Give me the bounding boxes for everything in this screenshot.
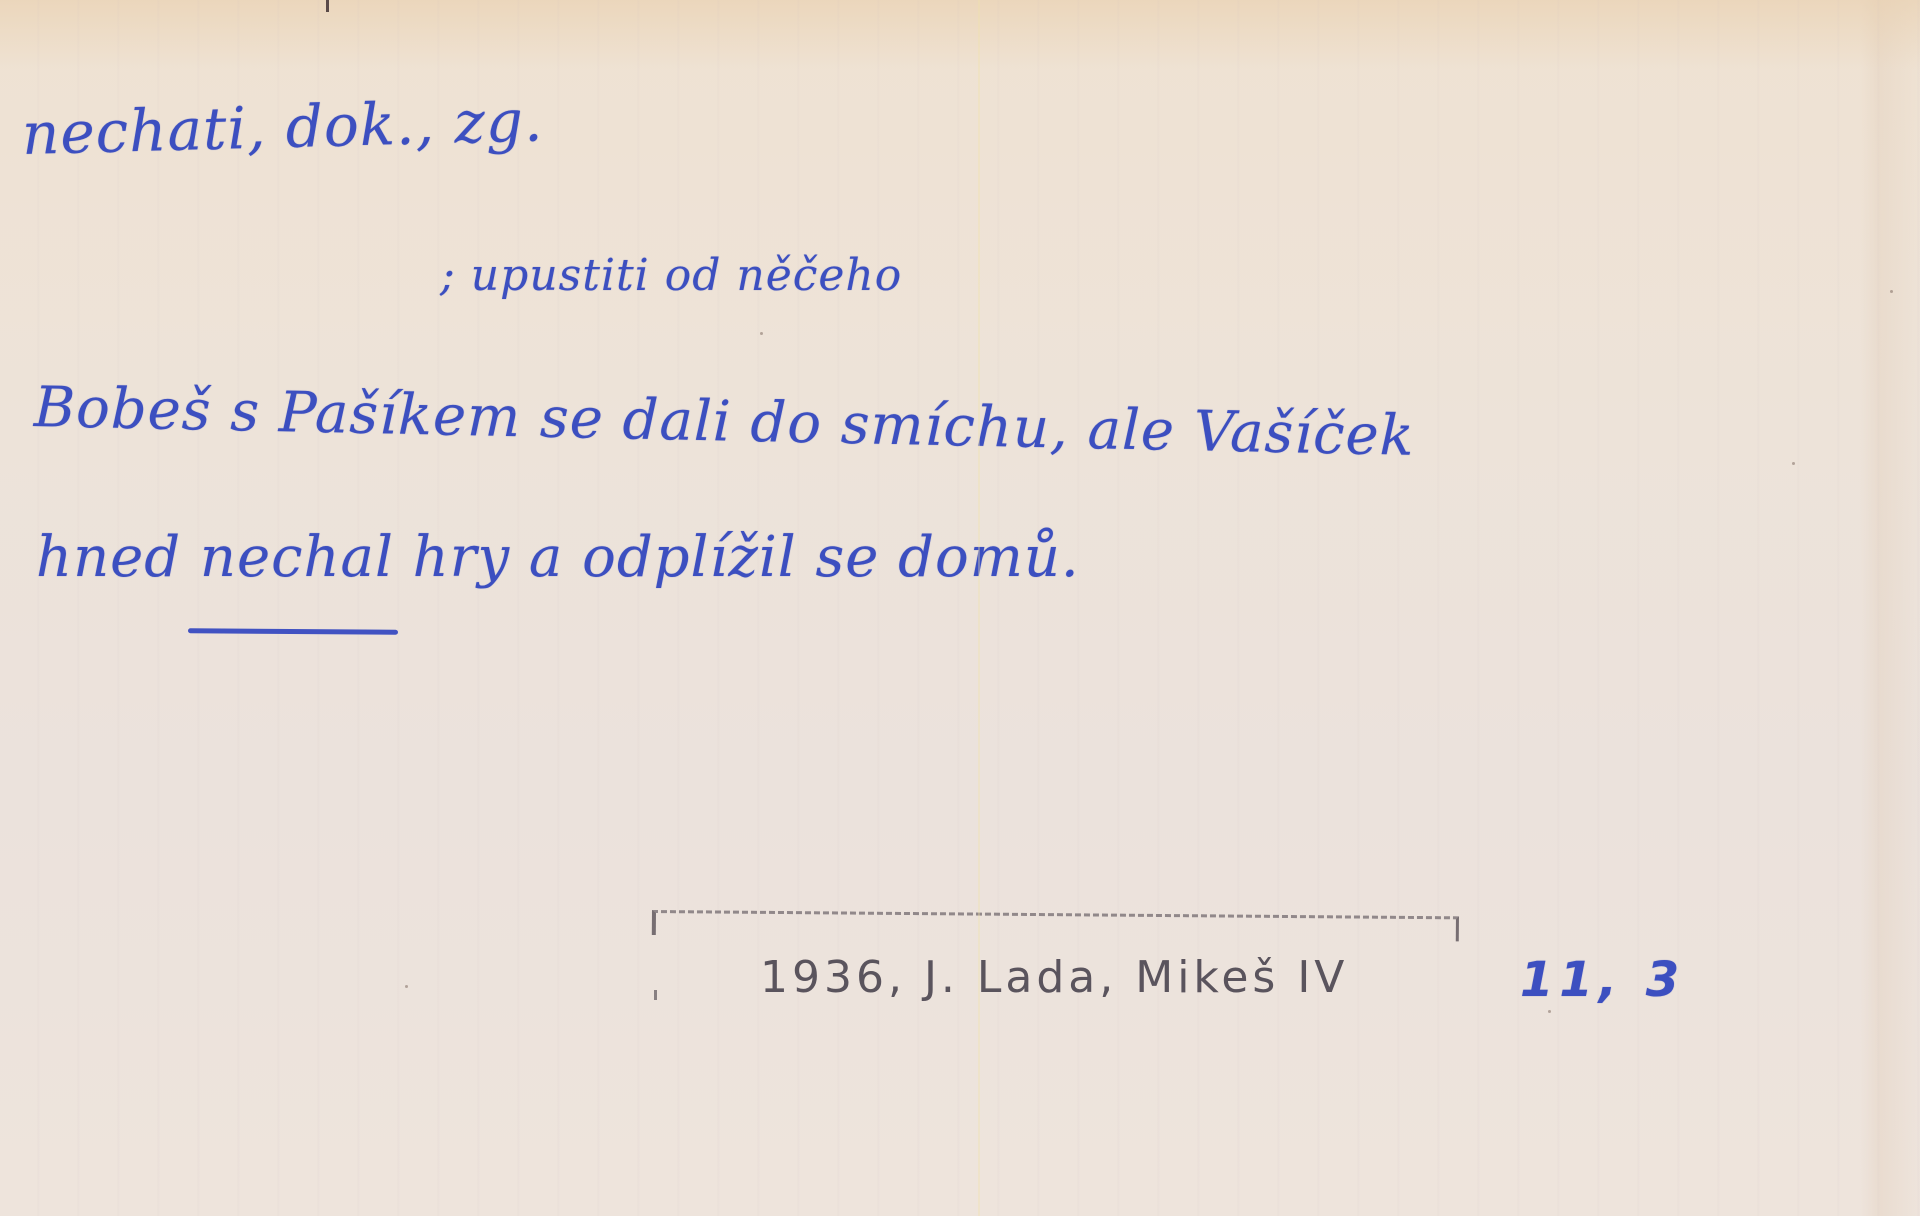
underline-stroke: [188, 628, 398, 634]
paper-speck: [1890, 290, 1893, 293]
headword-line: nechati, dok., zg.: [21, 86, 544, 168]
paper-speck: [1548, 1010, 1551, 1013]
excerpt-card: nechati, dok., zg. ; upustiti od něčeho …: [0, 0, 1920, 1216]
stamp-mark: [654, 990, 657, 1000]
example-text-after: hry a odplížil se domů.: [394, 525, 1080, 590]
source-stamp: 1936, J. Lada, Mikeš IV: [652, 900, 1460, 1020]
stamp-bracket: [652, 910, 1459, 941]
paper-speck: [405, 985, 408, 988]
paper-speck: [1792, 462, 1795, 465]
paper-speck: [760, 332, 763, 335]
example-sentence-line-2: hned nechal hry a odplížil se domů.: [36, 525, 1080, 590]
page-reference: 11, 3: [1520, 952, 1685, 1008]
edge-tick-mark: [326, 0, 329, 12]
source-citation: 1936, J. Lada, Mikeš IV: [760, 952, 1348, 1003]
sense-definition: ; upustiti od něčeho: [440, 250, 902, 301]
example-text-before: hned: [36, 525, 200, 590]
example-sentence-line-1: Bobeš s Pašíkem se dali do smíchu, ale V…: [33, 375, 1415, 469]
underlined-word: nechal: [200, 525, 394, 590]
underlined-headword-occurrence: nechal: [200, 525, 394, 590]
